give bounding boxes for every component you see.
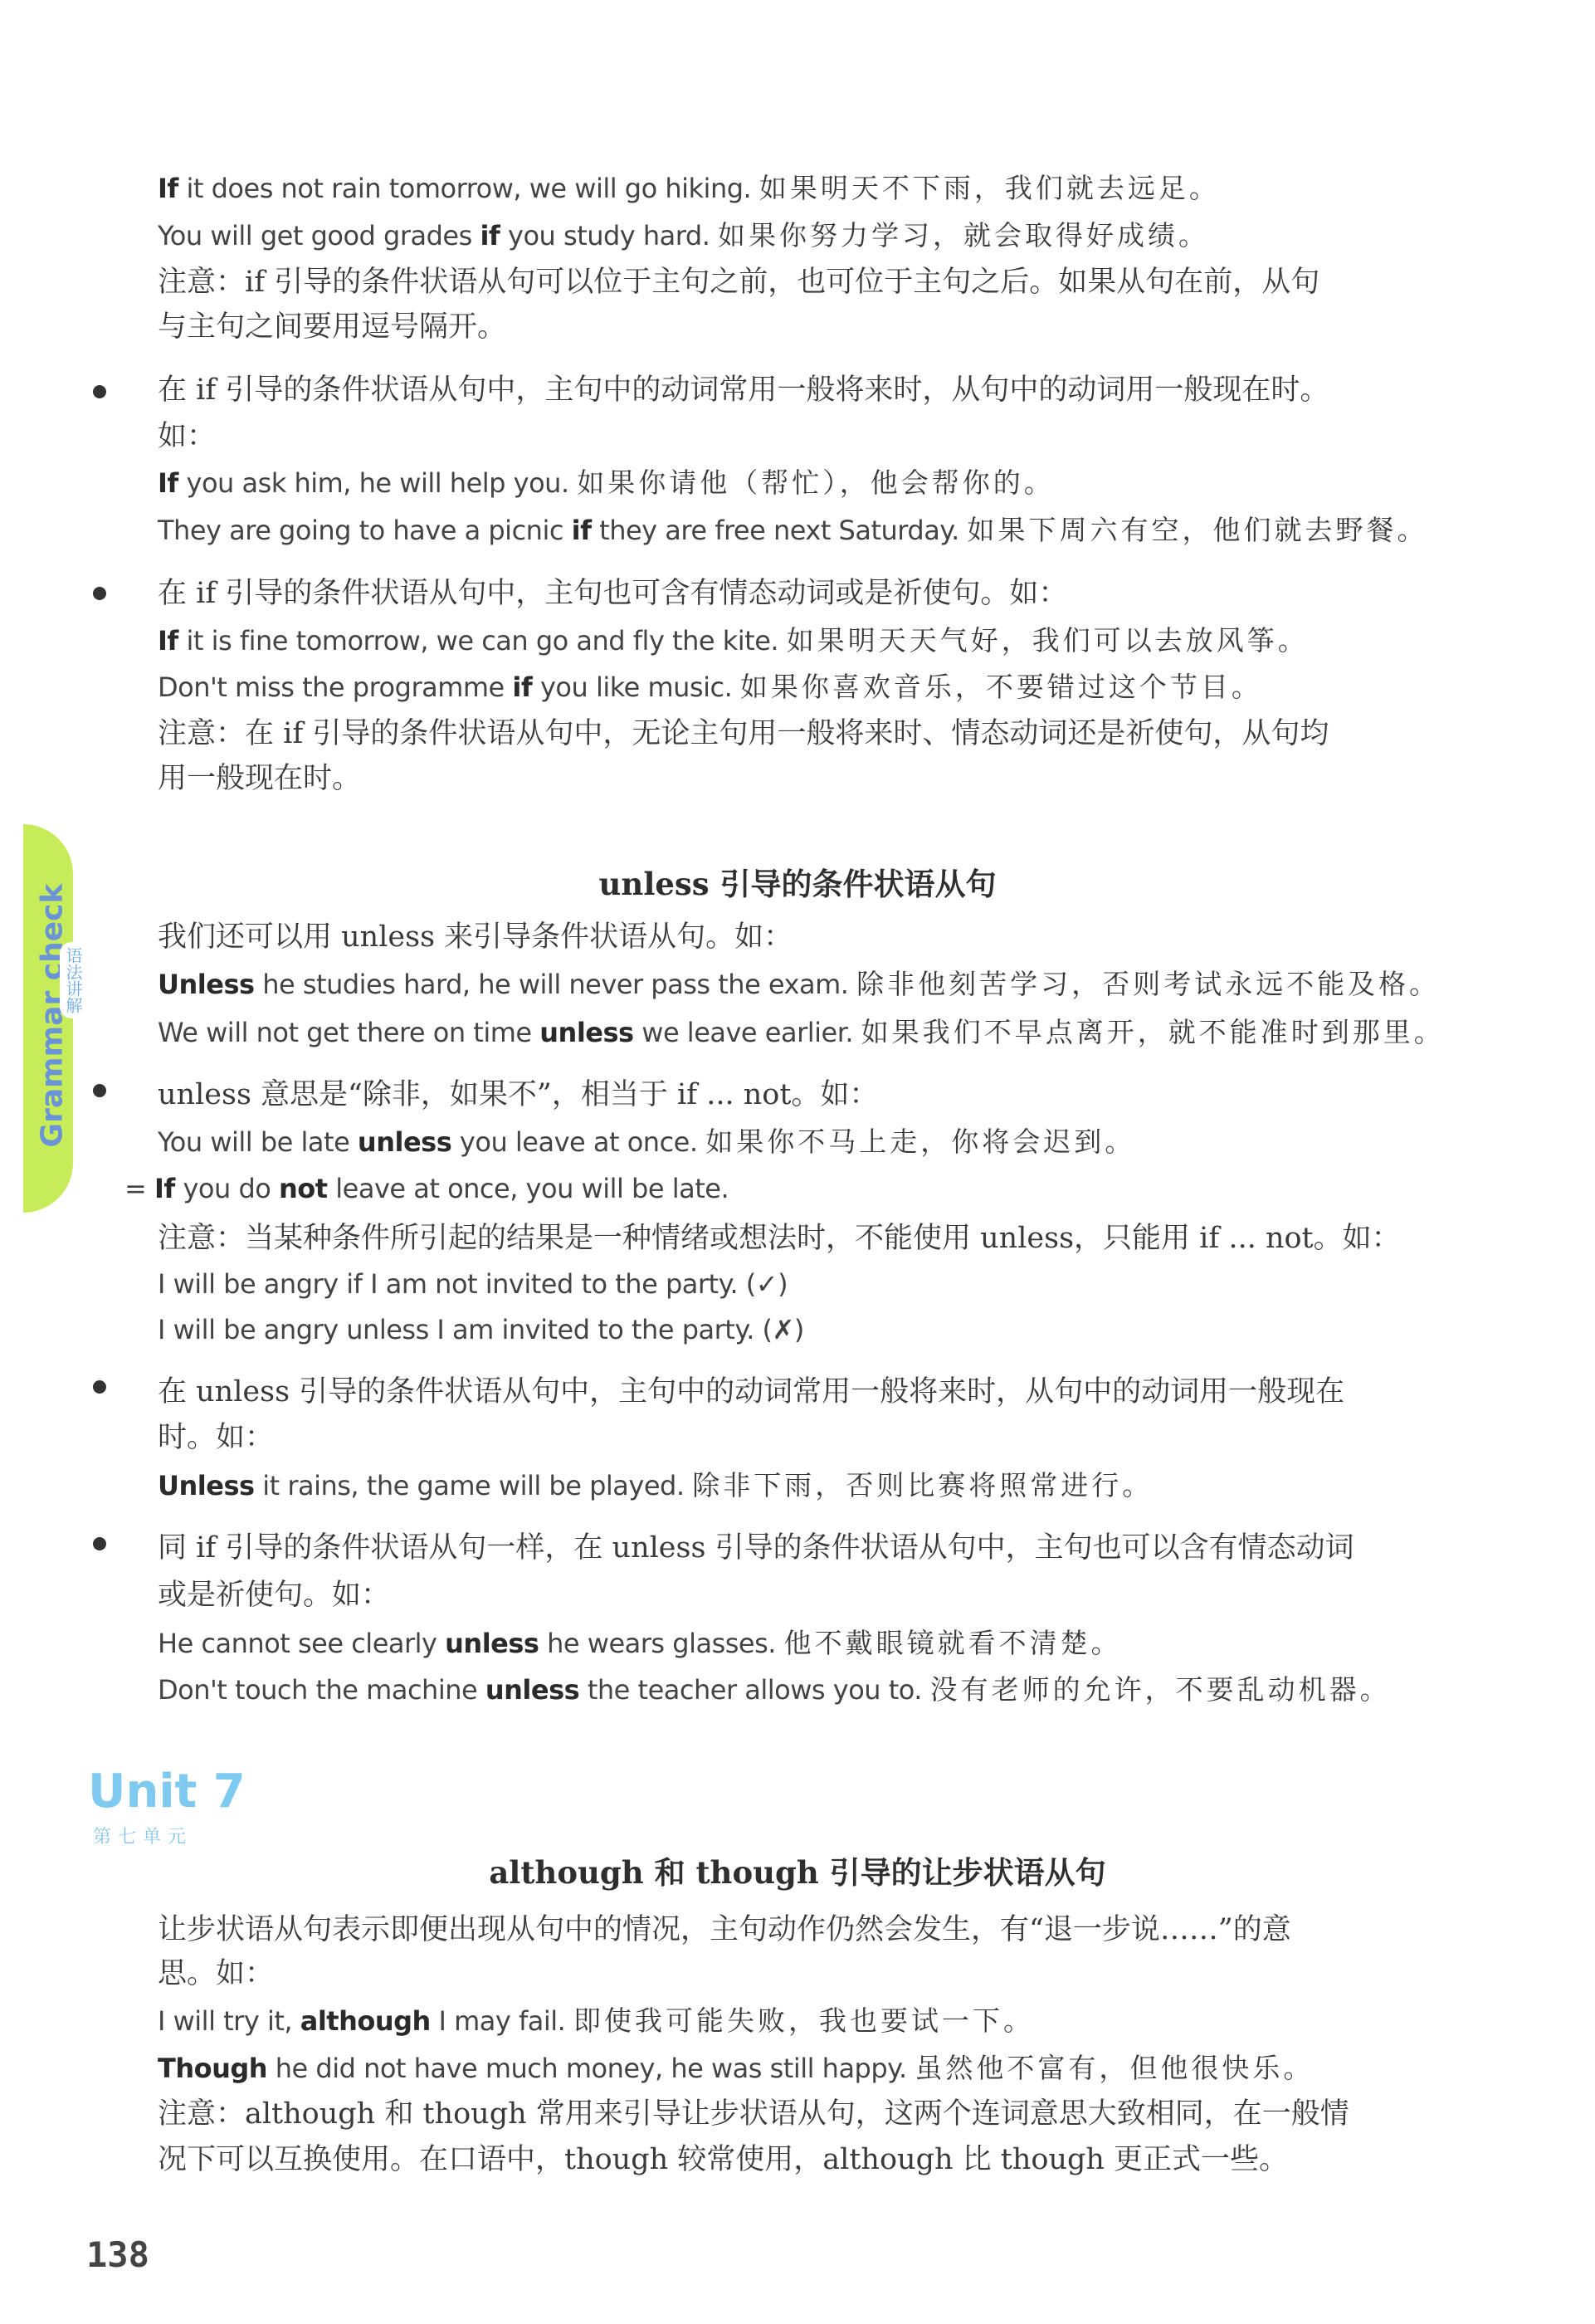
example-sentence: Unless it rains, the game will be played…	[158, 1467, 1153, 1504]
bullet-icon	[93, 1537, 106, 1550]
explanation-line: 注意：当某种条件所引起的结果是一种情绪或想法时，不能使用 unless，只能用 …	[158, 1220, 1401, 1257]
side-tab-sublabel: 语法讲解	[60, 942, 87, 1018]
explanation-line: 在 if 引导的条件状语从句中，主句也可含有情态动词或是祈使句。如：	[158, 575, 1067, 612]
example-sentence: Unless he studies hard, he will never pa…	[158, 966, 1440, 1003]
heading-although-clauses: although 和 though 引导的让步状语从句	[0, 1848, 1595, 1892]
example-sentence: We will not get there on time unless we …	[158, 1014, 1445, 1051]
explanation-line: 与主句之间要用逗号隔开。	[158, 309, 506, 345]
explanation-line: 思。如：	[158, 1955, 274, 1992]
example-sentence: If you ask him, he will help you. 如果你请他（…	[158, 465, 1055, 501]
explanation-line: 在 unless 引导的条件状语从句中，主句中的动词常用一般将来时，从句中的动词…	[158, 1374, 1344, 1410]
example-sentence: Don't touch the machine unless the teach…	[158, 1672, 1391, 1708]
explanation-line: 注意：在 if 引导的条件状语从句中，无论主句用一般将来时、情态动词还是祈使句，…	[158, 715, 1329, 752]
example-sentence: They are going to have a picnic if they …	[158, 512, 1428, 549]
example-sentence: = If you do not leave at once, you will …	[124, 1170, 729, 1207]
unit-subtitle: 第七单元	[93, 1823, 193, 1848]
explanation-line: 注意：if 引导的条件状语从句可以位于主句之前，也可位于主句之后。如果从句在前，…	[158, 264, 1319, 300]
bullet-icon	[93, 1084, 106, 1097]
explanation-line: 在 if 引导的条件状语从句中，主句中的动词常用一般将来时，从句中的动词用一般现…	[158, 372, 1329, 408]
page-number: 138	[86, 2234, 149, 2275]
explanation-line: 况下可以互换使用。在口语中，though 较常使用，although 比 tho…	[158, 2141, 1288, 2178]
example-sentence: Don't miss the programme if you like mus…	[158, 669, 1262, 705]
example-sentence: I will be angry if I am not invited to t…	[158, 1266, 788, 1302]
bullet-icon	[93, 385, 106, 398]
example-sentence: I will try it, although I may fail. 即使我可…	[158, 2003, 1034, 2039]
example-sentence: He cannot see clearly unless he wears gl…	[158, 1625, 1122, 1662]
explanation-line: 我们还可以用 unless 来引导条件状语从句。如：	[158, 919, 793, 955]
explanation-line: 用一般现在时。	[158, 760, 361, 797]
example-sentence: I will be angry unless I am invited to t…	[158, 1311, 804, 1348]
unit-title: Unit 7	[88, 1765, 246, 1819]
example-sentence: If it is fine tomorrow, we can go and fl…	[158, 622, 1309, 659]
example-sentence: You will get good grades if you study ha…	[158, 217, 1209, 254]
example-sentence: Though he did not have much money, he wa…	[158, 2050, 1314, 2087]
explanation-line: 注意：although 和 though 常用来引导让步状语从句，这两个连词意思…	[158, 2096, 1349, 2132]
example-sentence: You will be late unless you leave at onc…	[158, 1124, 1135, 1160]
bullet-icon	[93, 1380, 106, 1394]
example-sentence: If it does not rain tomorrow, we will go…	[158, 170, 1220, 207]
explanation-line: 如：	[158, 418, 216, 455]
explanation-line: 或是祈使句。如：	[158, 1577, 390, 1614]
explanation-line: 让步状语从句表示即便出现从句中的情况，主句动作仍然会发生，有“退一步说……”的意	[158, 1911, 1291, 1948]
explanation-line: 时。如：	[158, 1419, 274, 1456]
explanation-line: 同 if 引导的条件状语从句一样，在 unless 引导的条件状语从句中，主句也…	[158, 1530, 1354, 1566]
bullet-icon	[93, 587, 106, 600]
explanation-line: unless 意思是“除非，如果不”，相当于 if ... not。如：	[158, 1077, 878, 1113]
heading-unless-clauses: unless 引导的条件状语从句	[0, 859, 1595, 904]
